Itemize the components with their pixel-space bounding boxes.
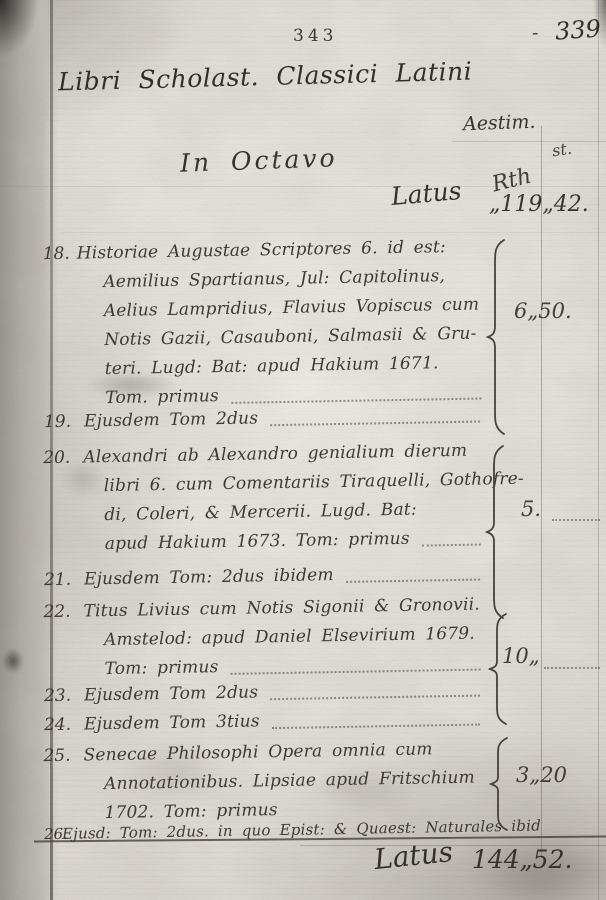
corner-dash: - xyxy=(532,22,538,44)
entry-text-line: Ejusdem Tom 2dus xyxy=(84,678,259,710)
grouping-brace xyxy=(489,736,511,836)
entry-number: 26. xyxy=(44,820,68,849)
carried-forward-label: Latus xyxy=(390,176,463,211)
page-total-label: Latus xyxy=(372,835,454,876)
entry-number: 23. xyxy=(44,682,72,711)
folio-number: 339 xyxy=(554,14,602,45)
page-edge-line xyxy=(598,0,599,900)
entry-text-line: Ejusdem Tom 2dus xyxy=(84,404,259,436)
section-heading: In Octavo xyxy=(180,143,338,177)
leader-dots xyxy=(270,695,480,701)
entry-text-line: Ejusdem Tom: 2dus ibidem xyxy=(84,561,334,594)
price-value: 3„20 xyxy=(516,763,567,787)
entry-row: 21. Ejusdem Tom: 2dus ibidem xyxy=(78,558,486,594)
entry-number: 24. xyxy=(44,711,72,740)
grouping-brace xyxy=(488,612,510,728)
column-header-aestim: Aestim. xyxy=(463,111,536,136)
header-underline xyxy=(452,141,606,142)
entry-number: 20. xyxy=(43,444,71,473)
corner-shadow xyxy=(0,0,40,60)
leader-dots xyxy=(422,544,481,547)
entry-row: 24. Ejusdem Tom 3tius xyxy=(78,703,486,739)
entry-row: 20. Alexandri ab Alexandro genialium die… xyxy=(77,436,487,559)
grouping-brace xyxy=(485,444,507,622)
entry-number: 18. xyxy=(43,240,71,269)
carried-forward-value: „119„42. xyxy=(489,192,589,217)
entry-text-line: Ejusdem Tom 3tius xyxy=(84,707,260,739)
leader-dots xyxy=(544,667,600,669)
leader-dots xyxy=(272,724,480,730)
price-value: 6„50. xyxy=(514,299,572,323)
leader-dots xyxy=(346,579,480,583)
entry-row: 18. Historiae Augustae Scriptores 6. id … xyxy=(77,232,488,413)
price-column-divider xyxy=(541,126,542,858)
entry-number: 25. xyxy=(43,742,71,771)
price-value: 10„ xyxy=(502,644,540,668)
leader-dots xyxy=(552,519,600,521)
entry-text-line: apud Hakium 1673. Tom: primus xyxy=(105,525,411,559)
entry-number: 21. xyxy=(44,566,72,595)
entry-row: 22. Titus Livius cum Notis Sigonii & Gro… xyxy=(77,590,486,684)
entry-number: 19. xyxy=(44,408,72,437)
entry-number: 22. xyxy=(43,598,71,627)
catalog-title: Libri Scholast. Classici Latini xyxy=(58,57,473,97)
scan-line xyxy=(60,232,606,233)
currency-header-st: st. xyxy=(551,139,573,161)
price-value: 5. xyxy=(521,497,541,521)
grouping-brace xyxy=(486,238,508,436)
entry-text-line: teri. Lugd: Bat: apud Hakium 1671. xyxy=(105,349,439,384)
entry-row: 19. Ejusdem Tom 2dus xyxy=(78,400,486,436)
leader-dots xyxy=(270,421,480,427)
page-total-value: 144„52. xyxy=(472,845,572,874)
manuscript-page: 343 - 339 Libri Scholast. Classici Latin… xyxy=(0,0,606,900)
printed-page-number: 343 xyxy=(293,26,337,46)
leader-dots xyxy=(231,669,481,675)
